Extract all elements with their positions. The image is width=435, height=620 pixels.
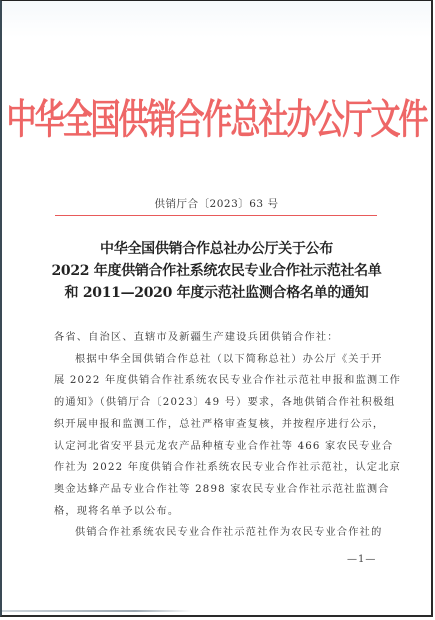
body-line: 根据中华全国供销合作总社（以下简称总社）办公厅《关于开 — [54, 349, 379, 371]
document-title: 中华全国供销合作总社办公厅关于公布 2022 年度供销合作社系统农民专业合作社示… — [2, 238, 431, 304]
title-line: 和 2011—2020 年度示范社监测合格名单的通知 — [2, 282, 431, 304]
document-body: 各省、自治区、直辖市及新疆生产建设兵团供销合作社： 根据中华全国供销合作总社（以… — [54, 327, 379, 544]
title-line: 2022 年度供销合作社系统农民专业合作社示范社名单 — [2, 260, 431, 282]
red-divider — [55, 215, 377, 216]
body-line: 格，现将名单予以公布。 — [54, 501, 379, 523]
page-number: —1— — [347, 554, 376, 565]
body-line: 作社为 2022 年度供销合作社系统农民专业合作社示范社，认定北京 — [54, 457, 379, 479]
paragraph-2-start: 供销合作社系统农民专业合作社示范社作为农民专业合作社的 — [54, 522, 379, 544]
document-page: 中华全国供销合作总社办公厅文件 供销厅合〔2023〕63 号 中华全国供销合作总… — [0, 0, 433, 617]
body-line: 的通知》（供销厅合〔2023〕49 号）要求，各地供销合作社积极组 — [54, 392, 379, 414]
document-header: 中华全国供销合作总社办公厅文件 — [2, 99, 431, 142]
body-line: 织开展申报和监测工作，总社严格审查复核，并按程序进行公示， — [54, 414, 379, 436]
salutation: 各省、自治区、直辖市及新疆生产建设兵团供销合作社： — [54, 327, 379, 349]
title-line: 中华全国供销合作总社办公厅关于公布 — [2, 238, 431, 260]
document-number: 供销厅合〔2023〕63 号 — [2, 196, 431, 211]
body-line: 认定河北省安平县元龙农产品种植专业合作社等 466 家农民专业合 — [54, 436, 379, 458]
body-line: 展 2022 年度供销合作社系统农民专业合作社示范社申报和监测工作 — [54, 370, 379, 392]
body-line: 奥金达蜂产品专业合作社等 2898 家农民专业合作社示范社监测合 — [54, 479, 379, 501]
scan-shadow — [2, 610, 192, 612]
